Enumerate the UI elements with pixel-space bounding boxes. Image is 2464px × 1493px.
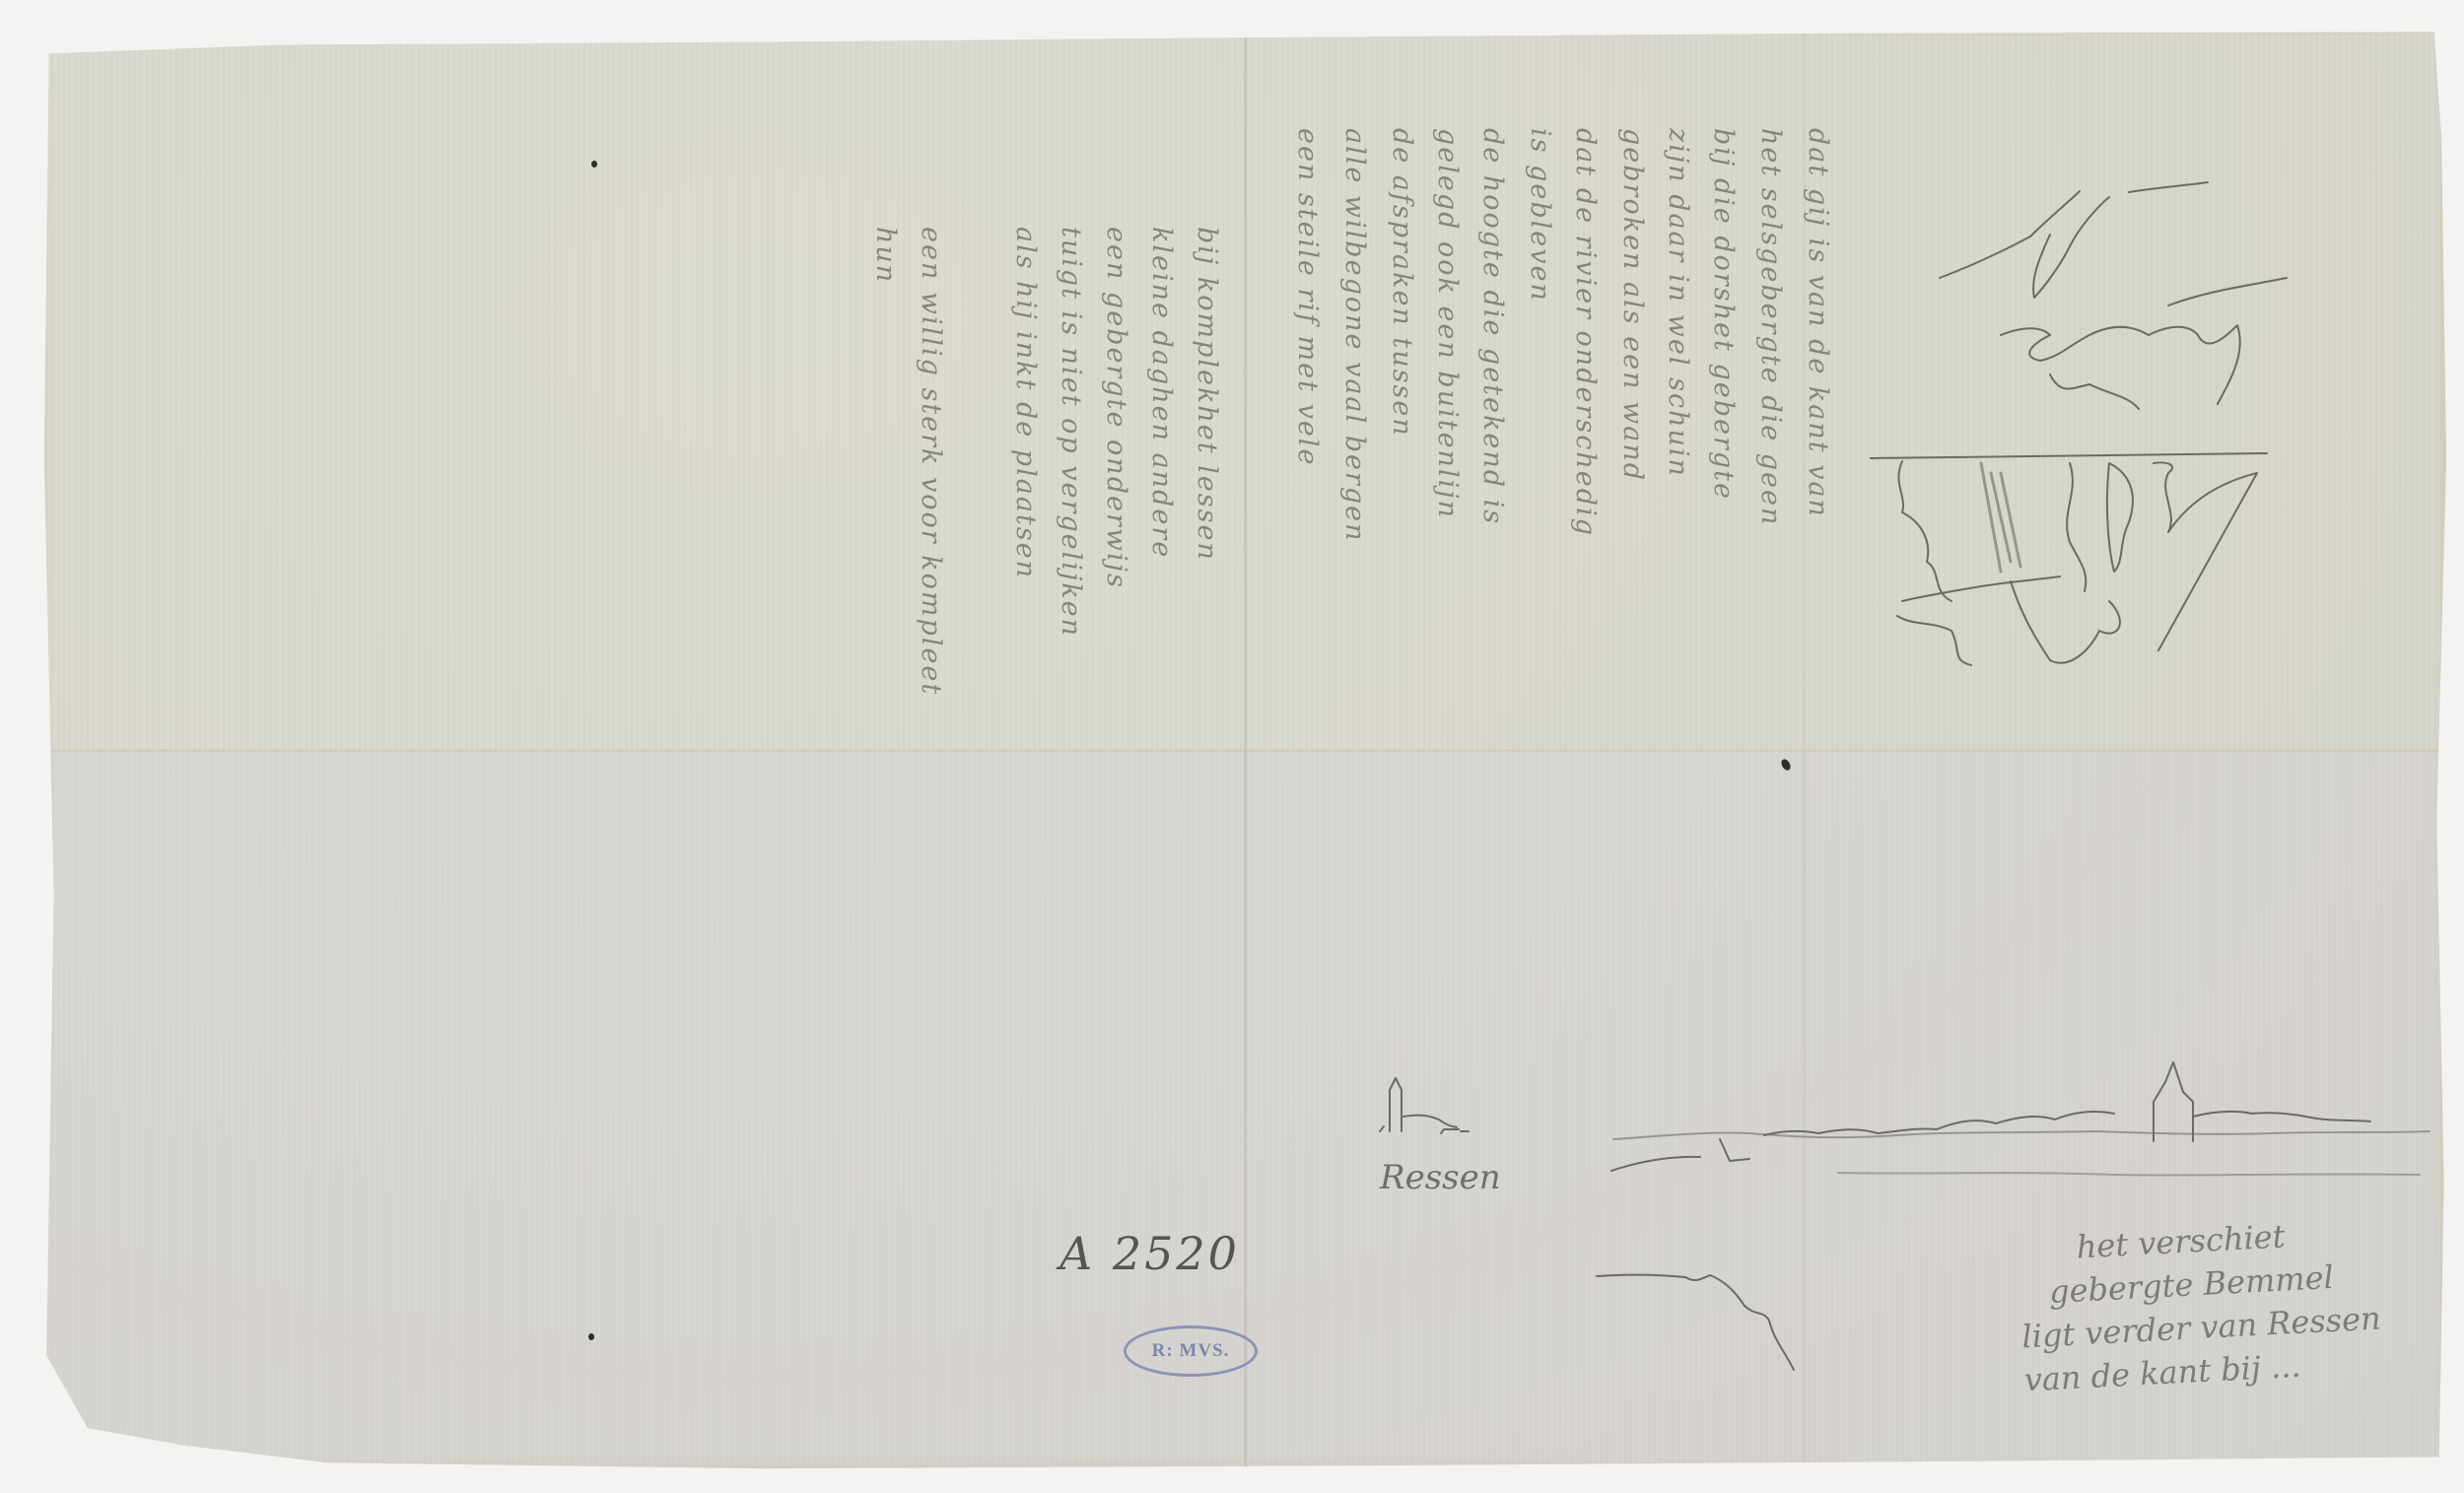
place-label-ressen: Ressen: [1380, 1158, 1501, 1197]
letter-line: gebroken als een wand: [1617, 128, 1648, 482]
letter-line: dat gij is van de kant van: [1803, 128, 1833, 518]
vertical-fold-line: [1244, 25, 1247, 1471]
letter-block-left: bij komplekhet lessen kleine daghen ande…: [857, 128, 1232, 779]
note-bottom-right: het verschiet gebergte Bemmel ligt verde…: [2017, 1206, 2459, 1402]
pinhole-mark: [588, 1333, 594, 1340]
collection-stamp: R: MVS.: [1124, 1325, 1258, 1377]
letter-line: is gebleven: [1525, 128, 1555, 303]
letter-line: een willig sterk voor kompleet: [916, 227, 946, 696]
horizontal-fold-line: [39, 749, 2446, 752]
rock-cliff-sketch-top: [1932, 187, 2306, 443]
letter-line: een gebergte onderwijs: [1101, 227, 1131, 589]
pinhole-mark: [591, 161, 597, 168]
letter-line: zijn daar in wel schuin: [1663, 128, 1693, 478]
letter-line: de afspraken tussen: [1387, 128, 1417, 438]
letter-line: tuigt is niet op vergelijken: [1056, 227, 1086, 638]
church-sketch-ressen: [1370, 1072, 1488, 1141]
letter-line: een steile rif met vele: [1292, 128, 1323, 466]
letter-line: hun: [870, 227, 901, 284]
hill-contour-sketch: [1597, 1271, 1814, 1380]
letter-line: het selsgebergte die geen: [1755, 128, 1786, 526]
letter-line: de hoogte die getekend is: [1477, 128, 1508, 525]
letter-block-right: dat gij is van de kant van het selsgeber…: [1252, 128, 1843, 779]
rock-formation-sketch: [1863, 453, 2257, 690]
letter-line: kleine daghen andere: [1146, 227, 1177, 559]
letter-line: alle wilbegone vaal bergen: [1339, 128, 1370, 543]
inventory-number: A 2520: [1060, 1227, 1240, 1280]
letter-line: bij komplekhet lessen: [1192, 227, 1222, 562]
letter-line: als hij inkt de plaatsen: [1010, 227, 1041, 579]
letter-line: bij die dorshet gebergte: [1708, 128, 1739, 501]
letter-line: gelegd ook een buitenlijn: [1432, 128, 1463, 519]
letter-line: dat de rivier onderschedig: [1570, 128, 1601, 537]
village-skyline-sketch: [1602, 1062, 2439, 1181]
stamp-text: R: MVS.: [1152, 1340, 1230, 1362]
